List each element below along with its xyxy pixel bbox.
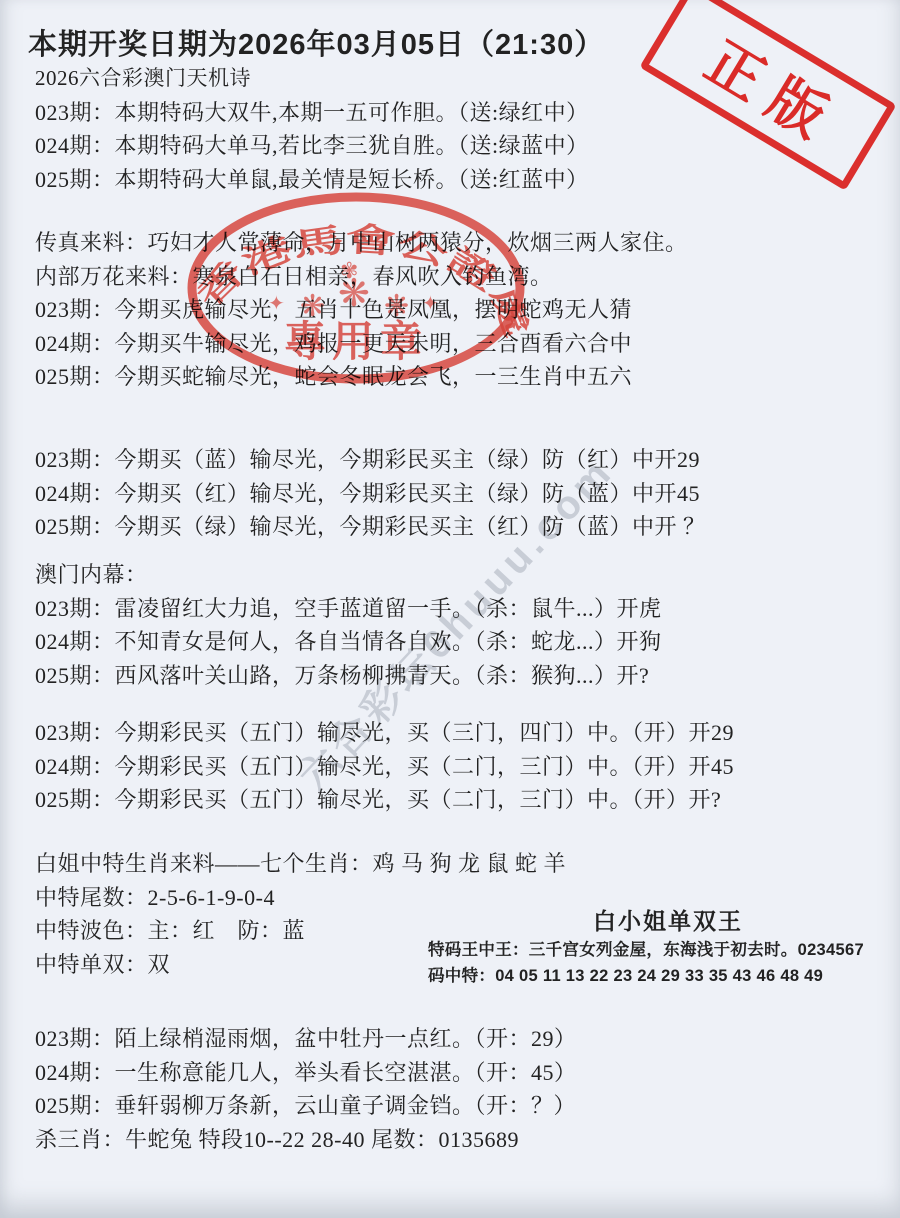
number-tips-line: 码中特：04 05 11 13 22 23 24 29 33 35 43 46 … xyxy=(428,963,898,989)
tip-line-024: 024期：本期特码大单马,若比李三犹自胜。（送:绿蓝中） xyxy=(35,129,589,163)
tip-line-024: 024期：一生称意能几人，举头看长空湛湛。（开：45） xyxy=(35,1056,577,1090)
tip-line-023: 023期：雷凌留红大力追，空手蓝道留一手。（杀：鼠牛...）开虎 xyxy=(35,592,662,626)
zodiac-line: 白姐中特生肖来料——七个生肖：鸡 马 狗 龙 鼠 蛇 羊 xyxy=(35,847,566,881)
page-title: 本期开奖日期为2026年03月05日（21:30） xyxy=(28,22,604,63)
section-five-gates: 023期：今期彩民买（五门）输尽光，买（三门，四门）中。（开）开29 024期：… xyxy=(35,716,734,817)
genuine-stamp-text: 正 版 xyxy=(693,19,844,153)
section-danshuang-king: 白小姐单双王 特码王中王：三千宫女列金屋，东海浅于初去时。0234567 码中特… xyxy=(428,905,898,989)
flower-icon: ✦ xyxy=(422,293,439,315)
section-macau-insider: 澳门内幕： 023期：雷凌留红大力追，空手蓝道留一手。（杀：鼠牛...）开虎 0… xyxy=(35,558,662,692)
king-of-kings-line: 特码王中王：三千宫女列金屋，东海浅于初去时。0234567 xyxy=(428,937,898,963)
flower-icon: ✾ xyxy=(340,258,358,283)
tip-line-025: 025期：今期彩民买（五门）输尽光，买（二门，三门）中。（开）开? xyxy=(35,783,734,817)
flower-icon: ❋ xyxy=(384,290,409,323)
tip-line-024: 024期：今期买（红）输尽光，今期彩民买主（绿）防（蓝）中开45 xyxy=(35,477,706,511)
tip-line-025: 025期：西风落叶关山路，万条杨柳拂青天。（杀：猴狗...）开? xyxy=(35,659,662,693)
section-heading: 2026六合彩澳门天机诗 xyxy=(35,62,589,96)
section-result-poems: 023期：陌上绿梢湿雨烟，盆中牡丹一点红。（开：29） 024期：一生称意能几人… xyxy=(35,1022,577,1156)
flower-icon: ✦ xyxy=(268,293,285,315)
seal-emblem-flowers: ✦ ❋ ❋ ❋ ✦ ✾ xyxy=(268,258,439,323)
tip-line-024: 024期：今期彩民买（五门）输尽光，买（二门，三门）中。（开）开45 xyxy=(35,750,734,784)
hkjc-seal-stamp: 香港馬會公證處 ✦ ❋ ❋ ❋ ✦ ✾ 專用章 xyxy=(180,188,532,394)
seal-bottom-text: 專用章 xyxy=(284,318,428,366)
tip-line-023: 023期：今期彩民买（五门）输尽光，买（三门，四门）中。（开）开29 xyxy=(35,716,734,750)
section-tianji-poem: 2026六合彩澳门天机诗 023期：本期特码大双牛,本期一五可作胆。（送:绿红中… xyxy=(35,62,589,196)
tip-line-025: 025期：今期买（绿）输尽光，今期彩民买主（红）防（蓝）中开 ？ xyxy=(35,510,706,544)
tip-line-023: 023期：本期特码大双牛,本期一五可作胆。（送:绿红中） xyxy=(35,96,589,130)
kill-three-zodiac-line: 杀三肖：牛蛇兔 特段10--22 28-40 尾数：0135689 xyxy=(35,1123,577,1157)
danshuang-title: 白小姐单双王 xyxy=(488,905,848,937)
tip-line-024: 024期：不知青女是何人，各自当情各自欢。（杀：蛇龙...）开狗 xyxy=(35,625,662,659)
tip-line-023: 023期：今期买（蓝）输尽光，今期彩民买主（绿）防（红）中开29 xyxy=(35,443,706,477)
tip-line-023: 023期：陌上绿梢湿雨烟，盆中牡丹一点红。（开：29） xyxy=(35,1022,577,1056)
genuine-stamp: 正 版 xyxy=(639,0,896,191)
fax-sheet-page: 六合彩坛6huuu.com 本期开奖日期为2026年03月05日（21:30） … xyxy=(0,0,900,1218)
flower-icon: ❋ xyxy=(300,290,325,323)
section-heading: 澳门内幕： xyxy=(35,558,662,592)
section-color-tips: 023期：今期买（蓝）输尽光，今期彩民买主（绿）防（红）中开29 024期：今期… xyxy=(35,443,706,544)
tip-line-025: 025期：垂轩弱柳万条新，云山童子调金铛。（开：？） xyxy=(35,1089,577,1123)
